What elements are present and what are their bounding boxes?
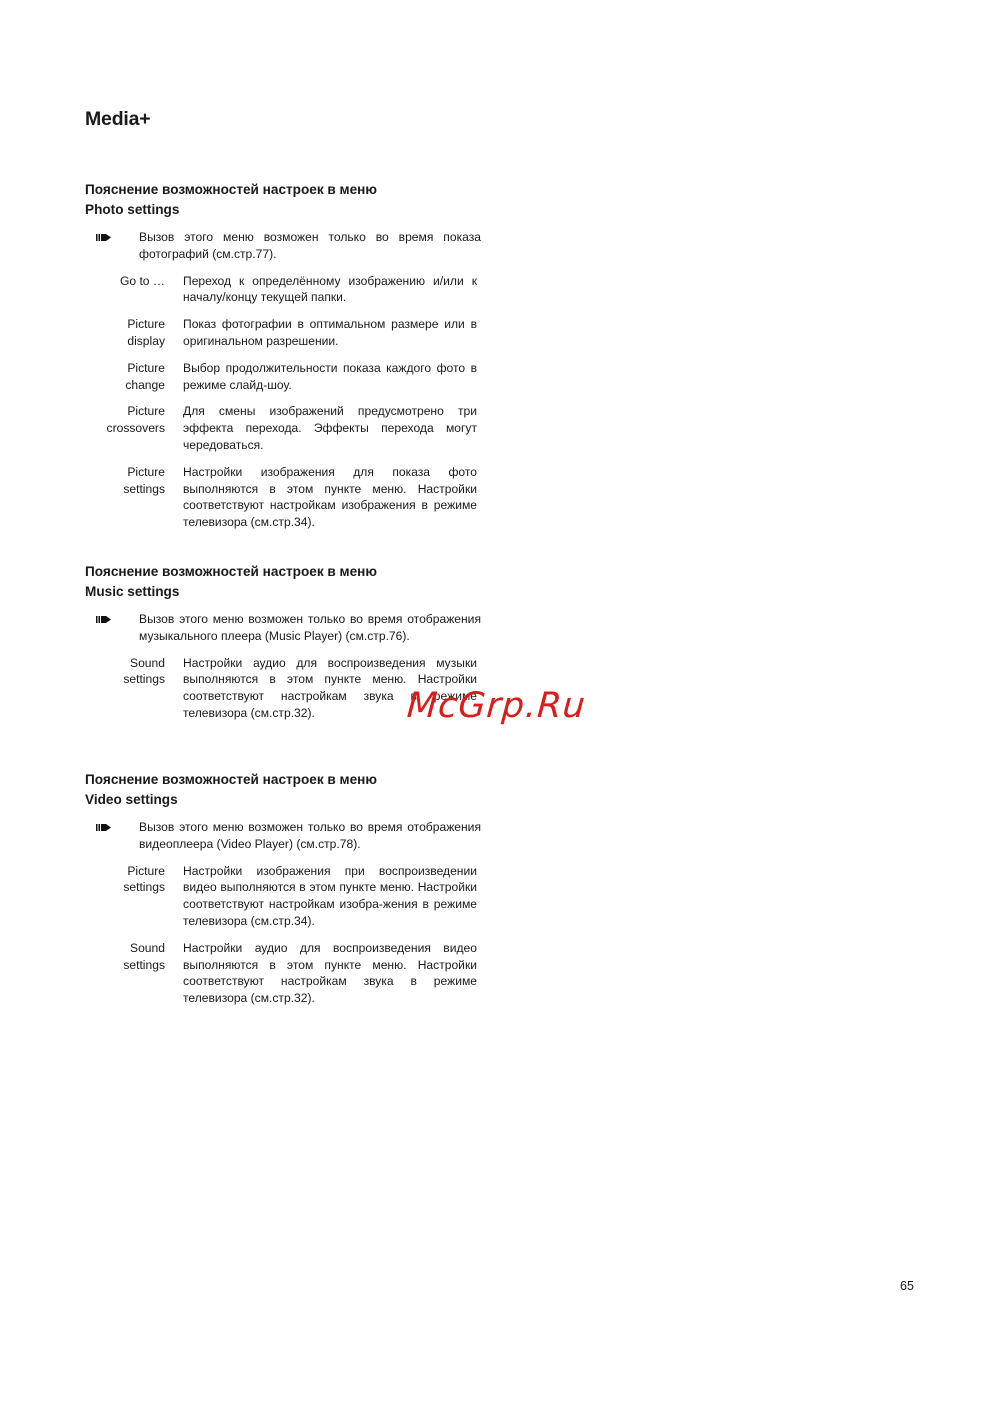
settings-list: Go to … Переход к определённому изображе… [85,273,505,531]
heading-line-2: Video settings [85,792,178,807]
item-description: Переход к определённому изображению и/ил… [183,273,477,307]
settings-list: Picture settings Настройки изображения п… [85,863,505,1007]
arrow-right-icon [96,616,111,623]
section-photo-settings: Пояснение возможностей настроек в меню P… [85,180,505,541]
list-item: Go to … Переход к определённому изображе… [85,273,505,307]
arrow-right-icon [96,824,111,831]
list-item: Picture change Выбор продолжительности п… [85,360,505,394]
section-heading: Пояснение возможностей настроек в меню P… [85,180,505,220]
heading-line-1: Пояснение возможностей настроек в меню [85,564,377,579]
list-item: Picture settings Настройки изображения п… [85,863,505,930]
item-label: Go to … [85,273,165,307]
note: Вызов этого меню возможен только во врем… [85,229,481,263]
list-item: Picture crossovers Для смены изображений… [85,403,505,453]
watermark: McGrp.Ru [406,686,588,726]
heading-line-1: Пояснение возможностей настроек в меню [85,772,377,787]
arrow-right-icon [96,234,111,241]
section-heading: Пояснение возможностей настроек в меню V… [85,770,505,810]
list-item: Picture display Показ фотографии в оптим… [85,316,505,350]
heading-line-1: Пояснение возможностей настроек в меню [85,182,377,197]
note: Вызов этого меню возможен только во врем… [85,611,481,645]
item-description: Настройки изображения для показа фото вы… [183,464,477,531]
item-label: Picture crossovers [85,403,165,453]
list-item: Sound settings Настройки аудио для воспр… [85,940,505,1007]
page-number: 65 [900,1279,914,1293]
heading-line-2: Photo settings [85,202,179,217]
item-label: Sound settings [85,940,165,1007]
item-description: Настройки изображения при воспроизведени… [183,863,477,930]
note-text: Вызов этого меню возможен только во врем… [139,612,481,643]
note: Вызов этого меню возможен только во врем… [85,819,481,853]
section-heading: Пояснение возможностей настроек в меню M… [85,562,505,602]
list-item: Picture settings Настройки изображения д… [85,464,505,531]
section-video-settings: Пояснение возможностей настроек в меню V… [85,770,505,1017]
item-description: Настройки аудио для воспроизведения виде… [183,940,477,1007]
item-label: Picture display [85,316,165,350]
item-description: Показ фотографии в оптимальном размере и… [183,316,477,350]
item-label: Picture settings [85,464,165,531]
heading-line-2: Music settings [85,584,179,599]
item-description: Для смены изображений предусмотрено три … [183,403,477,453]
item-label: Picture settings [85,863,165,930]
note-text: Вызов этого меню возможен только во врем… [139,230,481,261]
item-label: Sound settings [85,655,165,722]
item-label: Picture change [85,360,165,394]
note-text: Вызов этого меню возможен только во врем… [139,820,481,851]
page-title: Media+ [85,108,150,131]
item-description: Выбор продолжительности показа каждого ф… [183,360,477,394]
